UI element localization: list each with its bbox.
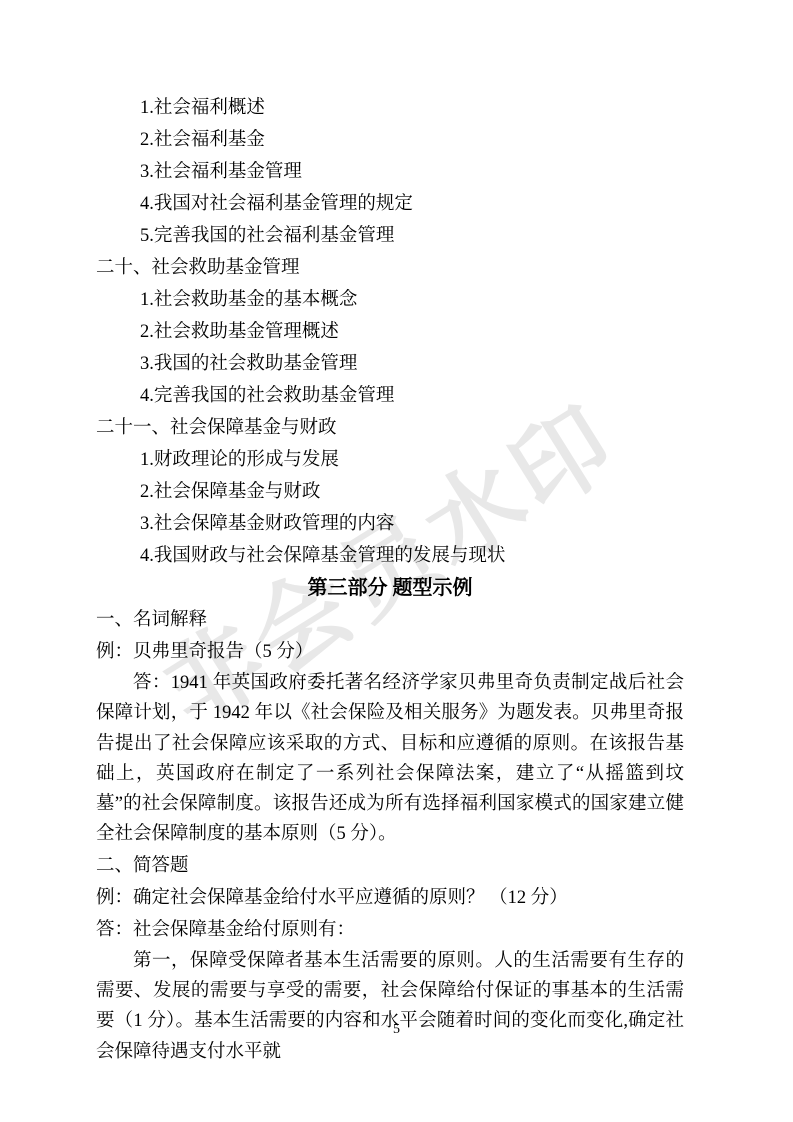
outline-item: 3.社会保障基金财政管理的内容 [96, 508, 684, 540]
question-type-heading: 二、简答题 [96, 850, 684, 882]
outline-item: 1.财政理论的形成与发展 [96, 444, 684, 476]
document-content: 1.社会福利概述 2.社会福利基金 3.社会福利基金管理 4.我国对社会福利基金… [96, 92, 684, 1067]
example-question: 例：贝弗里奇报告（5 分） [96, 636, 684, 668]
document-page: 非会员水印 1.社会福利概述 2.社会福利基金 3.社会福利基金管理 4.我国对… [0, 0, 793, 1122]
outline-item: 4.我国财政与社会保障基金管理的发展与现状 [96, 540, 684, 572]
outline-item: 2.社会保障基金与财政 [96, 476, 684, 508]
example-question: 例：确定社会保障基金给付水平应遵循的原则？ （12 分） [96, 882, 684, 914]
outline-item: 2.社会福利基金 [96, 124, 684, 156]
answer-paragraph: 答：1941 年英国政府委托著名经济学家贝弗里奇负责制定战后社会保障计划，于 1… [96, 668, 684, 850]
question-type-heading: 一、名词解释 [96, 604, 684, 636]
outline-item: 2.社会救助基金管理概述 [96, 316, 684, 348]
outline-item: 3.社会福利基金管理 [96, 156, 684, 188]
outline-section-heading: 二十一、社会保障基金与财政 [96, 412, 684, 444]
outline-item: 1.社会救助基金的基本概念 [96, 284, 684, 316]
outline-section-heading: 二十、社会救助基金管理 [96, 252, 684, 284]
outline-item: 4.完善我国的社会救助基金管理 [96, 380, 684, 412]
answer-intro-line: 答：社会保障基金给付原则有： [96, 914, 684, 946]
outline-item: 5.完善我国的社会福利基金管理 [96, 220, 684, 252]
outline-item: 3.我国的社会救助基金管理 [96, 348, 684, 380]
part-title: 第三部分 题型示例 [96, 572, 684, 604]
outline-item: 1.社会福利概述 [96, 92, 684, 124]
answer-paragraph: 第一，保障受保障者基本生活需要的原则。人的生活需要有生存的需要、发展的需要与享受… [96, 946, 684, 1067]
outline-item: 4.我国对社会福利基金管理的规定 [96, 188, 684, 220]
page-number: 5 [0, 1022, 793, 1038]
